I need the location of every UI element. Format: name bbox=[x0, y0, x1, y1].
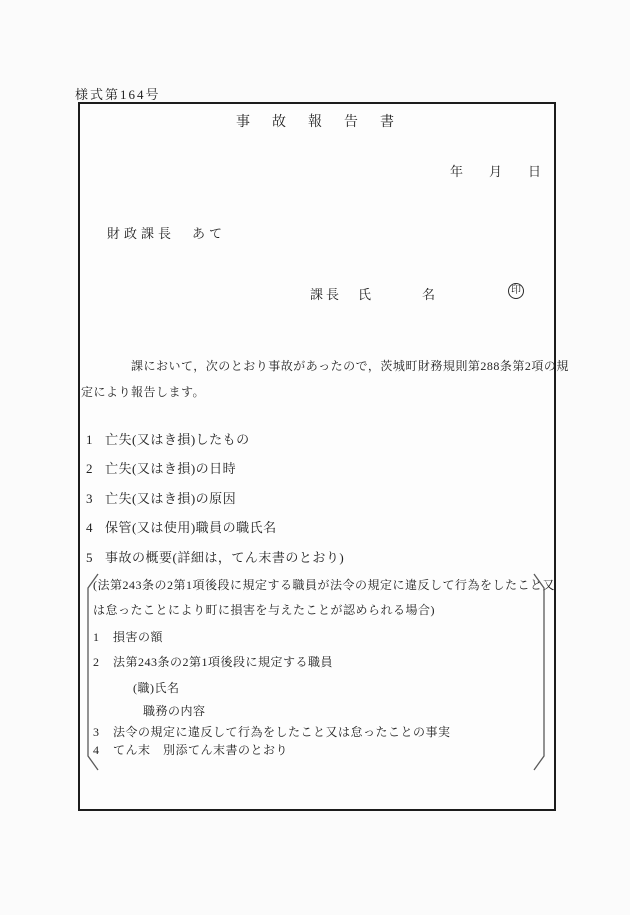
form-number-label: 様式第164号 bbox=[75, 84, 161, 103]
bracket-item-text: 損害の額 bbox=[113, 630, 163, 644]
seal-stamp-icon: 印 bbox=[508, 283, 524, 299]
giant-paren-right-icon bbox=[532, 573, 546, 771]
date-line: 年 月 日 bbox=[450, 161, 541, 180]
bracket-item-text: 法第243条の2第1項後段に規定する職員 bbox=[113, 655, 333, 669]
bracket-intro-line: (法第243条の2第1項後段に規定する職員が法令の規定に違反して行為をしたこと又 bbox=[93, 576, 555, 593]
signer-name-line: 課長 氏 名 bbox=[310, 284, 438, 303]
list-item-text: 保管(又は使用)職員の職氏名 bbox=[105, 520, 277, 535]
list-item-number: 4 bbox=[86, 520, 105, 536]
list-item-number: 3 bbox=[86, 491, 105, 507]
list-item-text: 亡失(又はき損)の日時 bbox=[105, 461, 236, 476]
list-item-text: 亡失(又はき損)の原因 bbox=[105, 491, 236, 506]
addressee-line: 財政課長 あて bbox=[107, 223, 226, 242]
list-item-number: 2 bbox=[86, 461, 105, 477]
list-item-4: 4保管(又は使用)職員の職氏名 bbox=[86, 517, 277, 536]
bracket-note-block: (法第243条の2第1項後段に規定する職員が法令の規定に違反して行為をしたこと又… bbox=[80, 571, 554, 775]
bracket-intro-line: は怠ったことにより町に損害を与えたことが認められる場合) bbox=[93, 601, 435, 618]
bracket-subline-duty: 職務の内容 bbox=[143, 702, 206, 719]
list-item-5: 5事故の概要(詳細は，てん末書のとおり) bbox=[86, 547, 344, 566]
form-border-box: 事 故 報 告 書 年 月 日 財政課長 あて 課長 氏 名 印 課において，次… bbox=[78, 102, 556, 811]
body-paragraph-line: 課において，次のとおり事故があったので，茨城町財務規則第288条第2項の規 bbox=[81, 353, 553, 379]
list-item-3: 3亡失(又はき損)の原因 bbox=[86, 488, 236, 507]
bracket-subline-name: (職)氏名 bbox=[133, 679, 180, 696]
bracket-item-number: 4 bbox=[93, 743, 113, 758]
list-item-1: 1亡失(又はき損)したもの bbox=[86, 429, 250, 448]
list-item-number: 1 bbox=[86, 432, 105, 448]
bracket-item-3: 3法令の規定に違反して行為をしたこと又は怠ったことの事実 bbox=[93, 723, 451, 740]
bracket-item-4: 4てん末 別添てん末書のとおり bbox=[93, 741, 288, 758]
body-paragraph: 課において，次のとおり事故があったので，茨城町財務規則第288条第2項の規 定に… bbox=[81, 353, 553, 405]
document-title: 事 故 報 告 書 bbox=[80, 111, 554, 131]
list-item-2: 2亡失(又はき損)の日時 bbox=[86, 458, 236, 477]
bracket-item-number: 2 bbox=[93, 655, 113, 670]
bracket-item-number: 1 bbox=[93, 630, 113, 645]
bracket-item-2: 2法第243条の2第1項後段に規定する職員 bbox=[93, 653, 333, 670]
list-item-text: 事故の概要(詳細は，てん末書のとおり) bbox=[105, 550, 344, 565]
list-item-number: 5 bbox=[86, 550, 105, 566]
list-item-text: 亡失(又はき損)したもの bbox=[105, 432, 250, 447]
body-paragraph-line: 定により報告します。 bbox=[81, 379, 553, 405]
bracket-item-1: 1損害の額 bbox=[93, 628, 163, 645]
bracket-item-text: 法令の規定に違反して行為をしたこと又は怠ったことの事実 bbox=[113, 725, 451, 739]
bracket-item-number: 3 bbox=[93, 725, 113, 740]
bracket-item-text: てん末 別添てん末書のとおり bbox=[113, 743, 288, 757]
